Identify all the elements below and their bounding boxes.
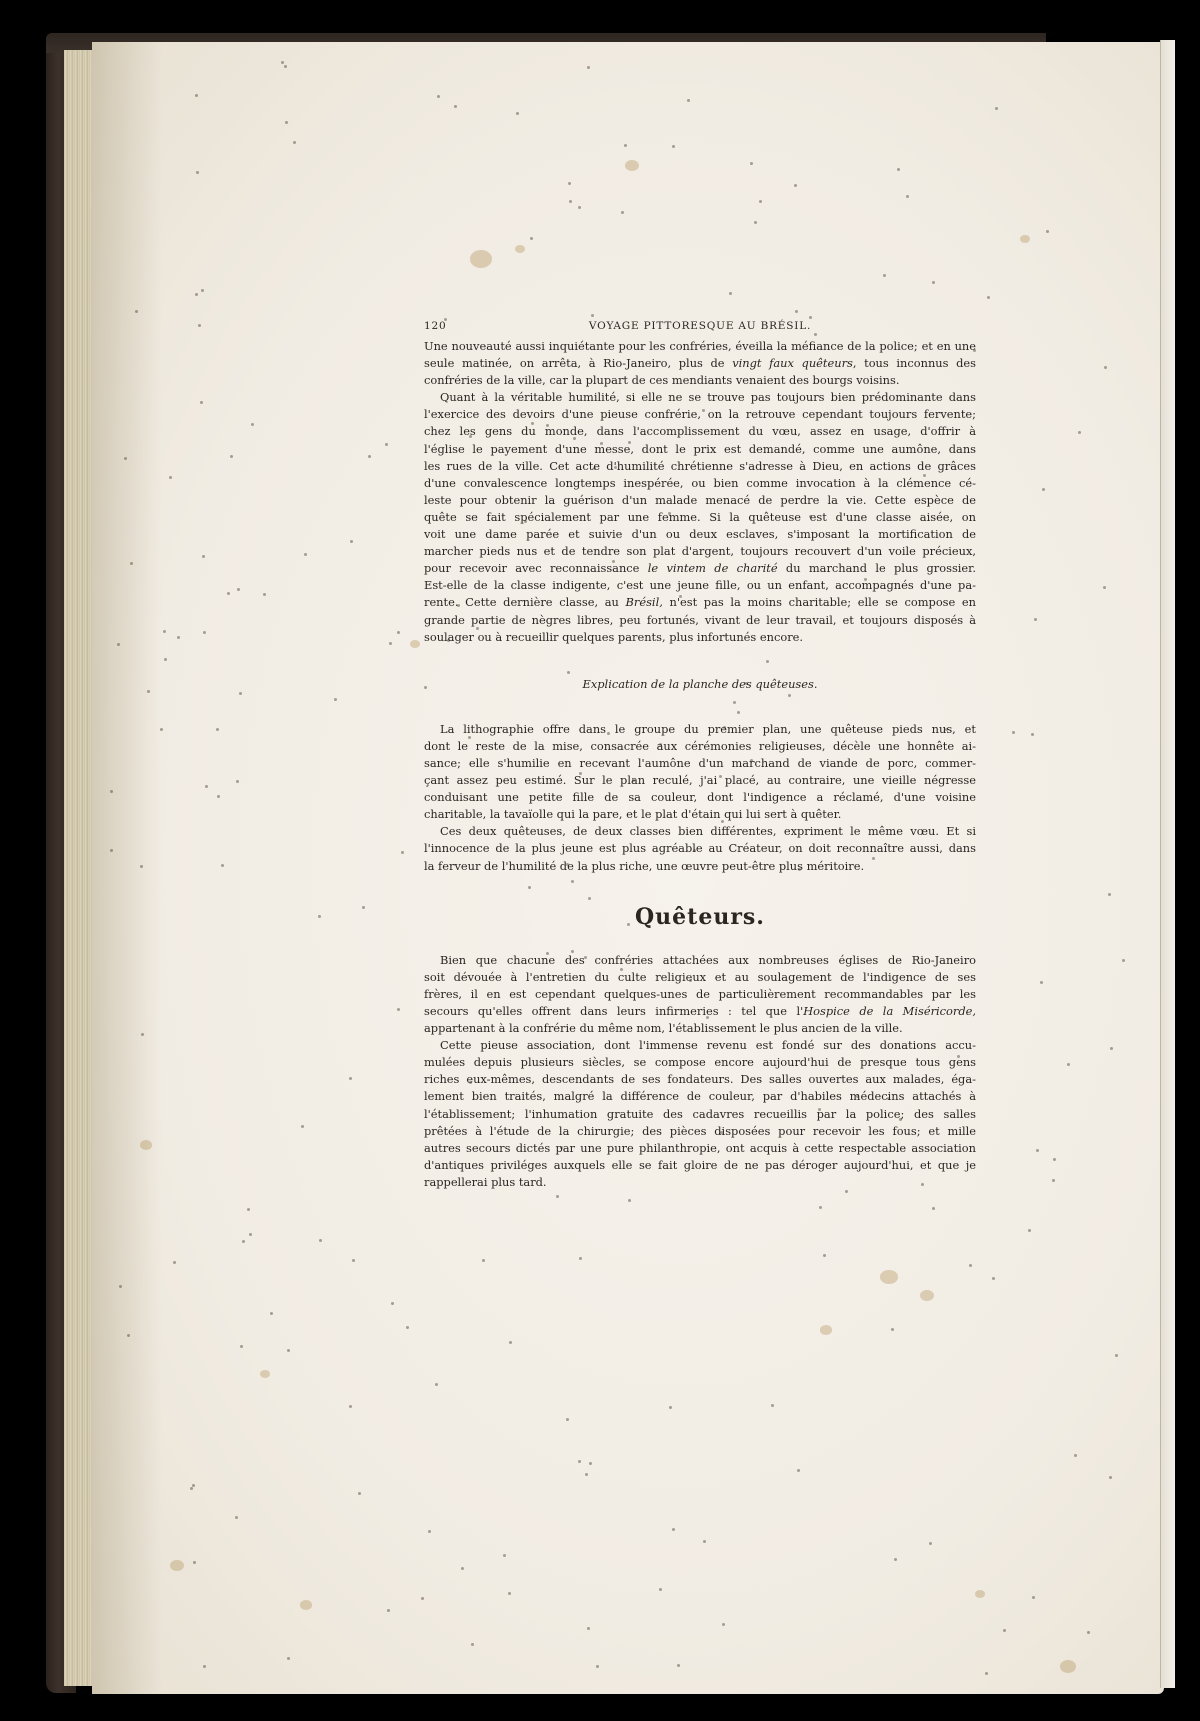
text-line: l'exercice des devoirs d'une pieuse conf…	[424, 406, 976, 423]
text-line: appartenant à la confrérie du même nom, …	[424, 1020, 976, 1037]
paragraph-1: Une nouveauté aussi inquiétante pour les…	[424, 338, 976, 389]
text-line: quête se fait spécialement par une femme…	[424, 509, 976, 526]
text-line: pour recevoir avec reconnaissance le vin…	[424, 560, 976, 577]
paragraph-3: La lithographie offre dans le groupe du …	[424, 721, 976, 824]
text-line: seule matinée, on arrêta, à Rio-Janeiro,…	[424, 355, 976, 372]
text-line: rappellerai plus tard.	[424, 1174, 976, 1191]
text-line: la ferveur de l'humilité de la plus rich…	[424, 858, 976, 875]
text-line: voit une dame parée et suivie d'un ou de…	[424, 526, 976, 543]
text-line: frères, il en est cependant quelques-une…	[424, 986, 976, 1003]
text-line: grande partie de nègres libres, peu fort…	[424, 612, 976, 629]
text-line: d'une convalescence longtemps inespérée,…	[424, 475, 976, 492]
paragraph-6: Cette pieuse association, dont l'immense…	[424, 1037, 976, 1191]
text-line: mulées depuis plusieurs siècles, se comp…	[424, 1054, 976, 1071]
paragraph-5: Bien que chacune des confréries attachée…	[424, 952, 976, 1037]
text-line: Est-elle de la classe indigente, c'est u…	[424, 577, 976, 594]
paragraph-2: Quant à la véritable humilité, si elle n…	[424, 389, 976, 645]
text-line: lement bien traités, malgré la différenc…	[424, 1088, 976, 1105]
running-head-title: VOYAGE PITTORESQUE AU BRÉSIL.	[424, 318, 976, 335]
text-line: Quant à la véritable humilité, si elle n…	[424, 389, 976, 406]
running-head: 120 VOYAGE PITTORESQUE AU BRÉSIL.	[424, 318, 976, 338]
text-line: secours qu'elles offrent dans leurs infi…	[424, 1003, 976, 1020]
text-line: marcher pieds nus et de tendre son plat …	[424, 543, 976, 560]
text-line: prêtées à l'étude de la chirurgie; des p…	[424, 1123, 976, 1140]
text-line: conduisant une petite fille de sa couleu…	[424, 789, 976, 806]
text-line: Bien que chacune des confréries attachée…	[424, 952, 976, 969]
text-line: çant assez peu estimé. Sur le plan recul…	[424, 772, 976, 789]
page-text: 120 VOYAGE PITTORESQUE AU BRÉSIL. Une no…	[424, 318, 976, 1191]
text-line: Ces deux quêteuses, de deux classes bien…	[424, 823, 976, 840]
text-line: l'innocence de la plus jeune est plus ag…	[424, 840, 976, 857]
text-line: La lithographie offre dans le groupe du …	[424, 721, 976, 738]
text-line: confréries de la ville, car la plupart d…	[424, 372, 976, 389]
paragraph-4: Ces deux quêteuses, de deux classes bien…	[424, 823, 976, 874]
text-line: autres secours dictés par une pure phila…	[424, 1140, 976, 1157]
text-line: l'église le payement d'une messe, dont l…	[424, 441, 976, 458]
text-line: l'établissement; l'inhumation gratuite d…	[424, 1106, 976, 1123]
text-line: les rues de la ville. Cet acte d'humilit…	[424, 458, 976, 475]
text-line: dont le reste de la mise, consacrée aux …	[424, 738, 976, 755]
text-line: riches eux-mêmes, descendants de ses fon…	[424, 1071, 976, 1088]
text-line: charitable, la tavaïolle qui la pare, et…	[424, 806, 976, 823]
text-line: sance; elle s'humilie en recevant l'aumô…	[424, 755, 976, 772]
text-line: Une nouveauté aussi inquiétante pour les…	[424, 338, 976, 355]
text-line: rente. Cette dernière classe, au Brésil,…	[424, 594, 976, 611]
section-heading: Quêteurs.	[424, 909, 976, 926]
text-line: d'antiques priviléges auxquels elle se f…	[424, 1157, 976, 1174]
text-line: chez les gens du monde, dans l'accomplis…	[424, 423, 976, 440]
text-line: soulager ou à recueillir quelques parent…	[424, 629, 976, 646]
text-line: leste pour obtenir la guérison d'un mala…	[424, 492, 976, 509]
page-right-edge	[1160, 40, 1175, 1688]
plate-caption: Explication de la planche des quêteuses.	[424, 676, 976, 693]
text-line: Cette pieuse association, dont l'immense…	[424, 1037, 976, 1054]
text-line: soit dévouée à l'entretien du culte reli…	[424, 969, 976, 986]
